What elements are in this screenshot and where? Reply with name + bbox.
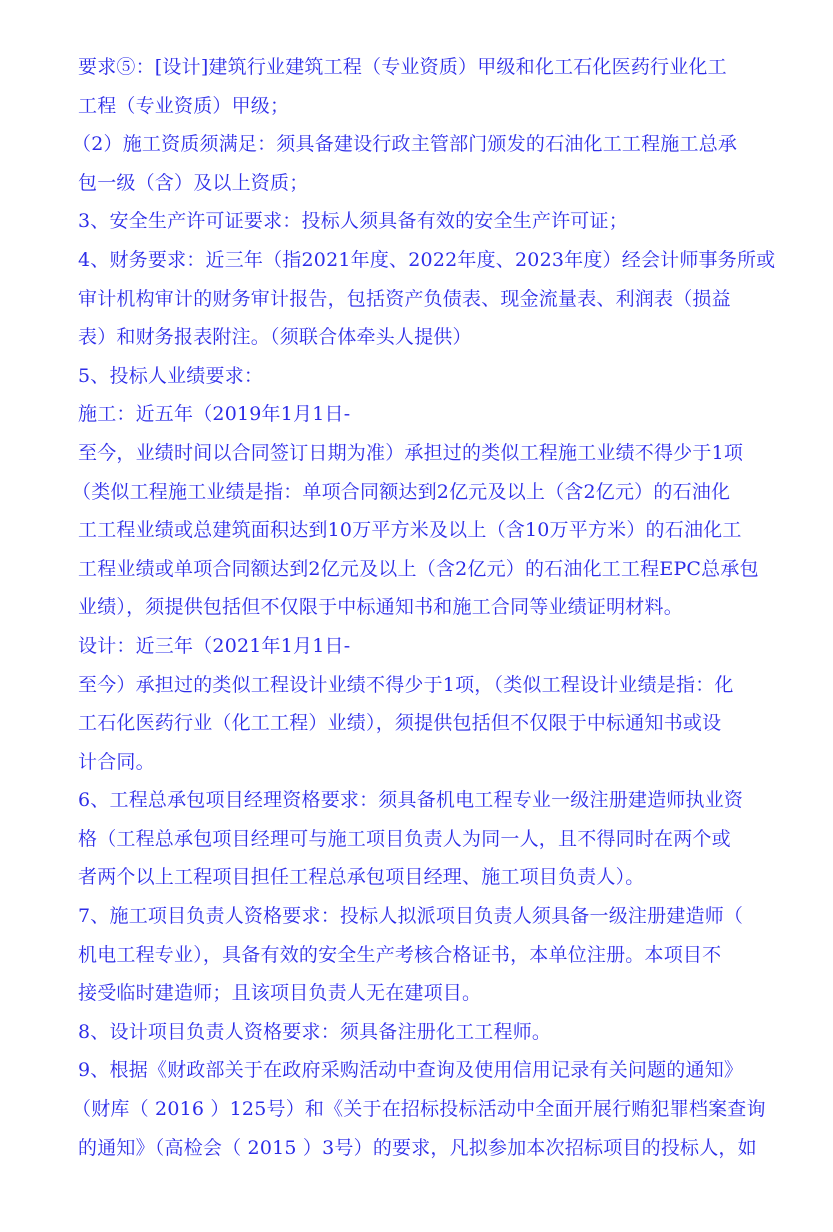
text-line: 至今，业绩时间以合同签订日期为准）承担过的类似工程施工业绩不得少于1项: [78, 434, 770, 473]
text-line: 工程（专业资质）甲级；: [78, 87, 770, 126]
text-line: 工石化医药行业（化工工程）业绩），须提供包括但不仅限于中标通知书或设: [78, 704, 770, 743]
text-line: 施工：近五年（2019年1月1日-: [78, 395, 770, 434]
text-line: 的通知》（高检会（ 2015 ）3号）的要求，凡拟参加本次招标项目的投标人，如: [78, 1129, 770, 1168]
text-line: 3、安全生产许可证要求：投标人须具备有效的安全生产许可证；: [78, 202, 770, 241]
text-line: （财库（ 2016 ）125号）和《关于在招标投标活动中全面开展行贿犯罪档案查询: [72, 1090, 770, 1129]
text-line: 工程业绩或单项合同额达到2亿元及以上（含2亿元）的石油化工工程EPC总承包: [78, 550, 770, 589]
text-line: 9、根据《财政部关于在政府采购活动中查询及使用信用记录有关问题的通知》: [78, 1051, 770, 1090]
text-line: 7、施工项目负责人资格要求：投标人拟派项目负责人须具备一级注册建造师（: [78, 897, 770, 936]
text-line: （2）施工资质须满足：须具备建设行政主管部门颁发的石油化工工程施工总承: [72, 125, 770, 164]
text-line: 表）和财务报表附注。（须联合体牵头人提供）: [78, 318, 770, 357]
text-line: 要求⑤：[设计]建筑行业建筑工程（专业资质）甲级和化工石化医药行业化工: [78, 48, 770, 87]
text-line: 格（工程总承包项目经理可与施工项目负责人为同一人，且不得同时在两个或: [78, 820, 770, 859]
text-line: 机电工程专业），具备有效的安全生产考核合格证书，本单位注册。本项目不: [78, 936, 770, 975]
text-line: （类似工程施工业绩是指：单项合同额达到2亿元及以上（含2亿元）的石油化: [72, 473, 770, 512]
text-line: 包一级（含）及以上资质；: [78, 164, 770, 203]
text-line: 审计机构审计的财务审计报告，包括资产负债表、现金流量表、利润表（损益: [78, 280, 770, 319]
text-line: 计合同。: [78, 743, 770, 782]
text-line: 者两个以上工程项目担任工程总承包项目经理、施工项目负责人）。: [78, 858, 770, 897]
document-page: 要求⑤：[设计]建筑行业建筑工程（专业资质）甲级和化工石化医药行业化工 工程（专…: [78, 48, 770, 1167]
text-line: 设计：近三年（2021年1月1日-: [78, 627, 770, 666]
text-line: 至今）承担过的类似工程设计业绩不得少于1项，（类似工程设计业绩是指：化: [78, 666, 770, 705]
text-line: 4、财务要求：近三年（指2021年度、2022年度、2023年度）经会计师事务所…: [78, 241, 770, 280]
text-line: 业绩），须提供包括但不仅限于中标通知书和施工合同等业绩证明材料。: [78, 588, 770, 627]
text-line: 工工程业绩或总建筑面积达到10万平方米及以上（含10万平方米）的石油化工: [78, 511, 770, 550]
text-line: 5、投标人业绩要求：: [78, 357, 770, 396]
text-line: 接受临时建造师；且该项目负责人无在建项目。: [78, 974, 770, 1013]
text-line: 8、设计项目负责人资格要求：须具备注册化工工程师。: [78, 1013, 770, 1052]
text-line: 6、工程总承包项目经理资格要求：须具备机电工程专业一级注册建造师执业资: [78, 781, 770, 820]
